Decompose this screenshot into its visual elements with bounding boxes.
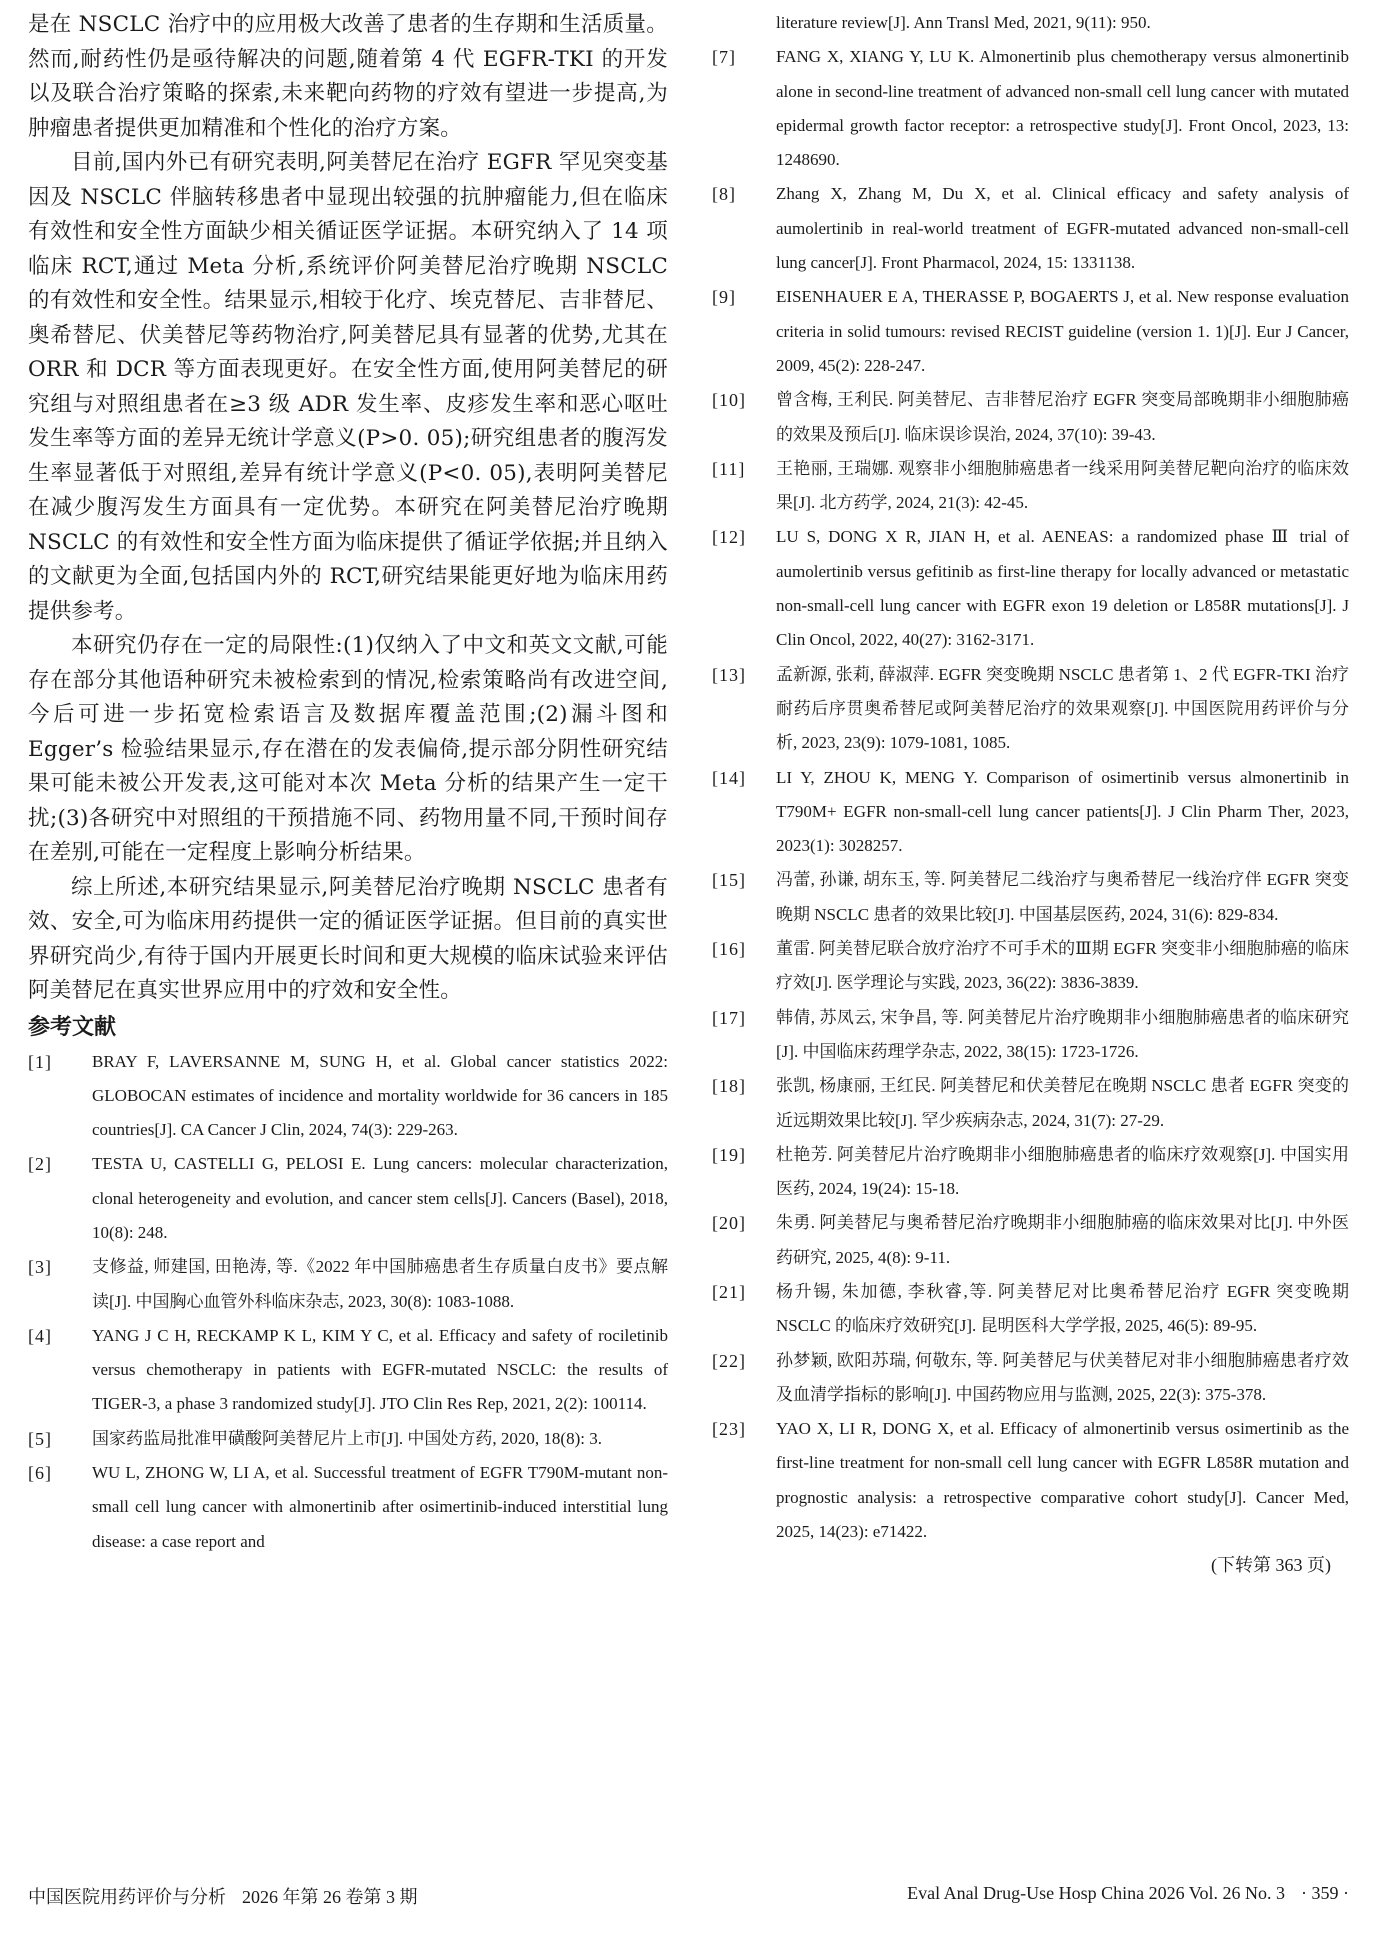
reference-item: [16]董雷. 阿美替尼联合放疗治疗不可手术的Ⅲ期 EGFR 突变非小细胞肺癌的… — [712, 932, 1349, 1001]
reference-number: [9] — [712, 280, 776, 383]
reference-item: [22]孙梦颖, 欧阳苏瑞, 何敬东, 等. 阿美替尼与伏美替尼对非小细胞肺癌患… — [712, 1344, 1349, 1413]
reference-text: 韩倩, 苏凤云, 宋争昌, 等. 阿美替尼片治疗晚期非小细胞肺癌患者的临床研究[… — [776, 1001, 1349, 1070]
reference-item: [23]YAO X, LI R, DONG X, et al. Efficacy… — [712, 1412, 1349, 1549]
footer-right: Eval Anal Drug-Use Hosp China 2026 Vol. … — [907, 1883, 1349, 1904]
reference-number: [22] — [712, 1344, 776, 1413]
reference-number: [21] — [712, 1275, 776, 1344]
reference-item: [11]王艳丽, 王瑞娜. 观察非小细胞肺癌患者一线采用阿美替尼靶向治疗的临床效… — [712, 452, 1349, 521]
body-paragraph: 是在 NSCLC 治疗中的应用极大改善了患者的生存期和生活质量。然而,耐药性仍是… — [28, 8, 668, 146]
reference-number: [14] — [712, 761, 776, 864]
reference-item: [20]朱勇. 阿美替尼与奥希替尼治疗晚期非小细胞肺癌的临床效果对比[J]. 中… — [712, 1206, 1349, 1275]
reference-item: [19]杜艳芳. 阿美替尼片治疗晚期非小细胞肺癌患者的临床疗效观察[J]. 中国… — [712, 1138, 1349, 1207]
reference-item: [1]BRAY F, LAVERSANNE M, SUNG H, et al. … — [28, 1045, 668, 1148]
reference-number: [23] — [712, 1412, 776, 1549]
reference-text: 朱勇. 阿美替尼与奥希替尼治疗晚期非小细胞肺癌的临床效果对比[J]. 中外医药研… — [776, 1206, 1349, 1275]
reference-text: 国家药监局批准甲磺酸阿美替尼片上市[J]. 中国处方药, 2020, 18(8)… — [92, 1422, 668, 1456]
reference-item: [12]LU S, DONG X R, JIAN H, et al. AENEA… — [712, 520, 1349, 657]
reference-text: 董雷. 阿美替尼联合放疗治疗不可手术的Ⅲ期 EGFR 突变非小细胞肺癌的临床疗效… — [776, 932, 1349, 1001]
reference-text: LI Y, ZHOU K, MENG Y. Comparison of osim… — [776, 761, 1349, 864]
reference-item: [9]EISENHAUER E A, THERASSE P, BOGAERTS … — [712, 280, 1349, 383]
reference-number: [18] — [712, 1069, 776, 1138]
left-column: 是在 NSCLC 治疗中的应用极大改善了患者的生存期和生活质量。然而,耐药性仍是… — [28, 0, 668, 1559]
reference-item: [17]韩倩, 苏凤云, 宋争昌, 等. 阿美替尼片治疗晚期非小细胞肺癌患者的临… — [712, 1001, 1349, 1070]
reference-number: [5] — [28, 1422, 92, 1456]
reference-text: 杜艳芳. 阿美替尼片治疗晚期非小细胞肺癌患者的临床疗效观察[J]. 中国实用医药… — [776, 1138, 1349, 1207]
reference-number: [10] — [712, 383, 776, 452]
footer-issue: 2026 年第 26 卷第 3 期 — [242, 1887, 418, 1907]
reference-text: 冯蕾, 孙谦, 胡东玉, 等. 阿美替尼二线治疗与奥希替尼一线治疗伴 EGFR … — [776, 863, 1349, 932]
reference-item: [13]孟新源, 张莉, 薛淑萍. EGFR 突变晚期 NSCLC 患者第 1、… — [712, 658, 1349, 761]
reference-number: [16] — [712, 932, 776, 1001]
reference-text: 杨升锡, 朱加德, 李秋睿,等. 阿美替尼对比奥希替尼治疗 EGFR 突变晚期 … — [776, 1275, 1349, 1344]
page-number: · 359 · — [1301, 1883, 1349, 1903]
footer-journal-name: 中国医院用药评价与分析 — [28, 1887, 226, 1907]
right-column: literature review[J]. Ann Transl Med, 20… — [712, 0, 1349, 1581]
reference-number: [6] — [28, 1456, 92, 1559]
reference-number: [8] — [712, 177, 776, 280]
reference-number: [7] — [712, 40, 776, 177]
reference-number: [12] — [712, 520, 776, 657]
reference-number: [20] — [712, 1206, 776, 1275]
reference-text: 孙梦颖, 欧阳苏瑞, 何敬东, 等. 阿美替尼与伏美替尼对非小细胞肺癌患者疗效及… — [776, 1344, 1349, 1413]
reference-item: [21]杨升锡, 朱加德, 李秋睿,等. 阿美替尼对比奥希替尼治疗 EGFR 突… — [712, 1275, 1349, 1344]
reference-number: [19] — [712, 1138, 776, 1207]
reference-item: [7]FANG X, XIANG Y, LU K. Almonertinib p… — [712, 40, 1349, 177]
reference-number: [1] — [28, 1045, 92, 1148]
reference-item: [18]张凯, 杨康丽, 王红民. 阿美替尼和伏美替尼在晚期 NSCLC 患者 … — [712, 1069, 1349, 1138]
reference-text: 王艳丽, 王瑞娜. 观察非小细胞肺癌患者一线采用阿美替尼靶向治疗的临床效果[J]… — [776, 452, 1349, 521]
footer-left: 中国医院用药评价与分析2026 年第 26 卷第 3 期 — [28, 1883, 418, 1909]
reference-text: YANG J C H, RECKAMP K L, KIM Y C, et al.… — [92, 1319, 668, 1422]
continued-page-note: (下转第 363 页) — [712, 1549, 1349, 1581]
reference-item: [14]LI Y, ZHOU K, MENG Y. Comparison of … — [712, 761, 1349, 864]
reference-item: [10]曾含梅, 王利民. 阿美替尼、吉非替尼治疗 EGFR 突变局部晚期非小细… — [712, 383, 1349, 452]
body-paragraph: 综上所述,本研究结果显示,阿美替尼治疗晚期 NSCLC 患者有效、安全,可为临床… — [28, 871, 668, 1009]
body-paragraph: 本研究仍存在一定的局限性:(1)仅纳入了中文和英文文献,可能存在部分其他语种研究… — [28, 629, 668, 871]
reference-text: 支修益, 师建国, 田艳涛, 等.《2022 年中国肺癌患者生存质量白皮书》要点… — [92, 1250, 668, 1319]
references-heading: 参考文献 — [28, 1011, 668, 1045]
reference-item: [3]支修益, 师建国, 田艳涛, 等.《2022 年中国肺癌患者生存质量白皮书… — [28, 1250, 668, 1319]
reference-continuation: literature review[J]. Ann Transl Med, 20… — [712, 6, 1349, 40]
reference-list: [7]FANG X, XIANG Y, LU K. Almonertinib p… — [712, 40, 1349, 1549]
reference-item: [15]冯蕾, 孙谦, 胡东玉, 等. 阿美替尼二线治疗与奥希替尼一线治疗伴 E… — [712, 863, 1349, 932]
reference-text: EISENHAUER E A, THERASSE P, BOGAERTS J, … — [776, 280, 1349, 383]
reference-item: [8]Zhang X, Zhang M, Du X, et al. Clinic… — [712, 177, 1349, 280]
body-paragraph: 目前,国内外已有研究表明,阿美替尼在治疗 EGFR 罕见突变基因及 NSCLC … — [28, 146, 668, 629]
reference-item: [6]WU L, ZHONG W, LI A, et al. Successfu… — [28, 1456, 668, 1559]
reference-list: [1]BRAY F, LAVERSANNE M, SUNG H, et al. … — [28, 1045, 668, 1559]
reference-text: LU S, DONG X R, JIAN H, et al. AENEAS: a… — [776, 520, 1349, 657]
reference-number: [4] — [28, 1319, 92, 1422]
reference-number: [17] — [712, 1001, 776, 1070]
reference-text: YAO X, LI R, DONG X, et al. Efficacy of … — [776, 1412, 1349, 1549]
reference-text: 曾含梅, 王利民. 阿美替尼、吉非替尼治疗 EGFR 突变局部晚期非小细胞肺癌的… — [776, 383, 1349, 452]
reference-number: [2] — [28, 1147, 92, 1250]
reference-text: FANG X, XIANG Y, LU K. Almonertinib plus… — [776, 40, 1349, 177]
reference-text: Zhang X, Zhang M, Du X, et al. Clinical … — [776, 177, 1349, 280]
reference-number: [3] — [28, 1250, 92, 1319]
reference-number: [13] — [712, 658, 776, 761]
reference-text: 孟新源, 张莉, 薛淑萍. EGFR 突变晚期 NSCLC 患者第 1、2 代 … — [776, 658, 1349, 761]
reference-item: [5]国家药监局批准甲磺酸阿美替尼片上市[J]. 中国处方药, 2020, 18… — [28, 1422, 668, 1456]
reference-text: 张凯, 杨康丽, 王红民. 阿美替尼和伏美替尼在晚期 NSCLC 患者 EGFR… — [776, 1069, 1349, 1138]
reference-item: [2]TESTA U, CASTELLI G, PELOSI E. Lung c… — [28, 1147, 668, 1250]
footer-journal-abbrev: Eval Anal Drug-Use Hosp China 2026 Vol. … — [907, 1883, 1285, 1903]
reference-item: [4]YANG J C H, RECKAMP K L, KIM Y C, et … — [28, 1319, 668, 1422]
reference-number: [11] — [712, 452, 776, 521]
reference-text: WU L, ZHONG W, LI A, et al. Successful t… — [92, 1456, 668, 1559]
reference-text: BRAY F, LAVERSANNE M, SUNG H, et al. Glo… — [92, 1045, 668, 1148]
reference-text: TESTA U, CASTELLI G, PELOSI E. Lung canc… — [92, 1147, 668, 1250]
reference-number: [15] — [712, 863, 776, 932]
